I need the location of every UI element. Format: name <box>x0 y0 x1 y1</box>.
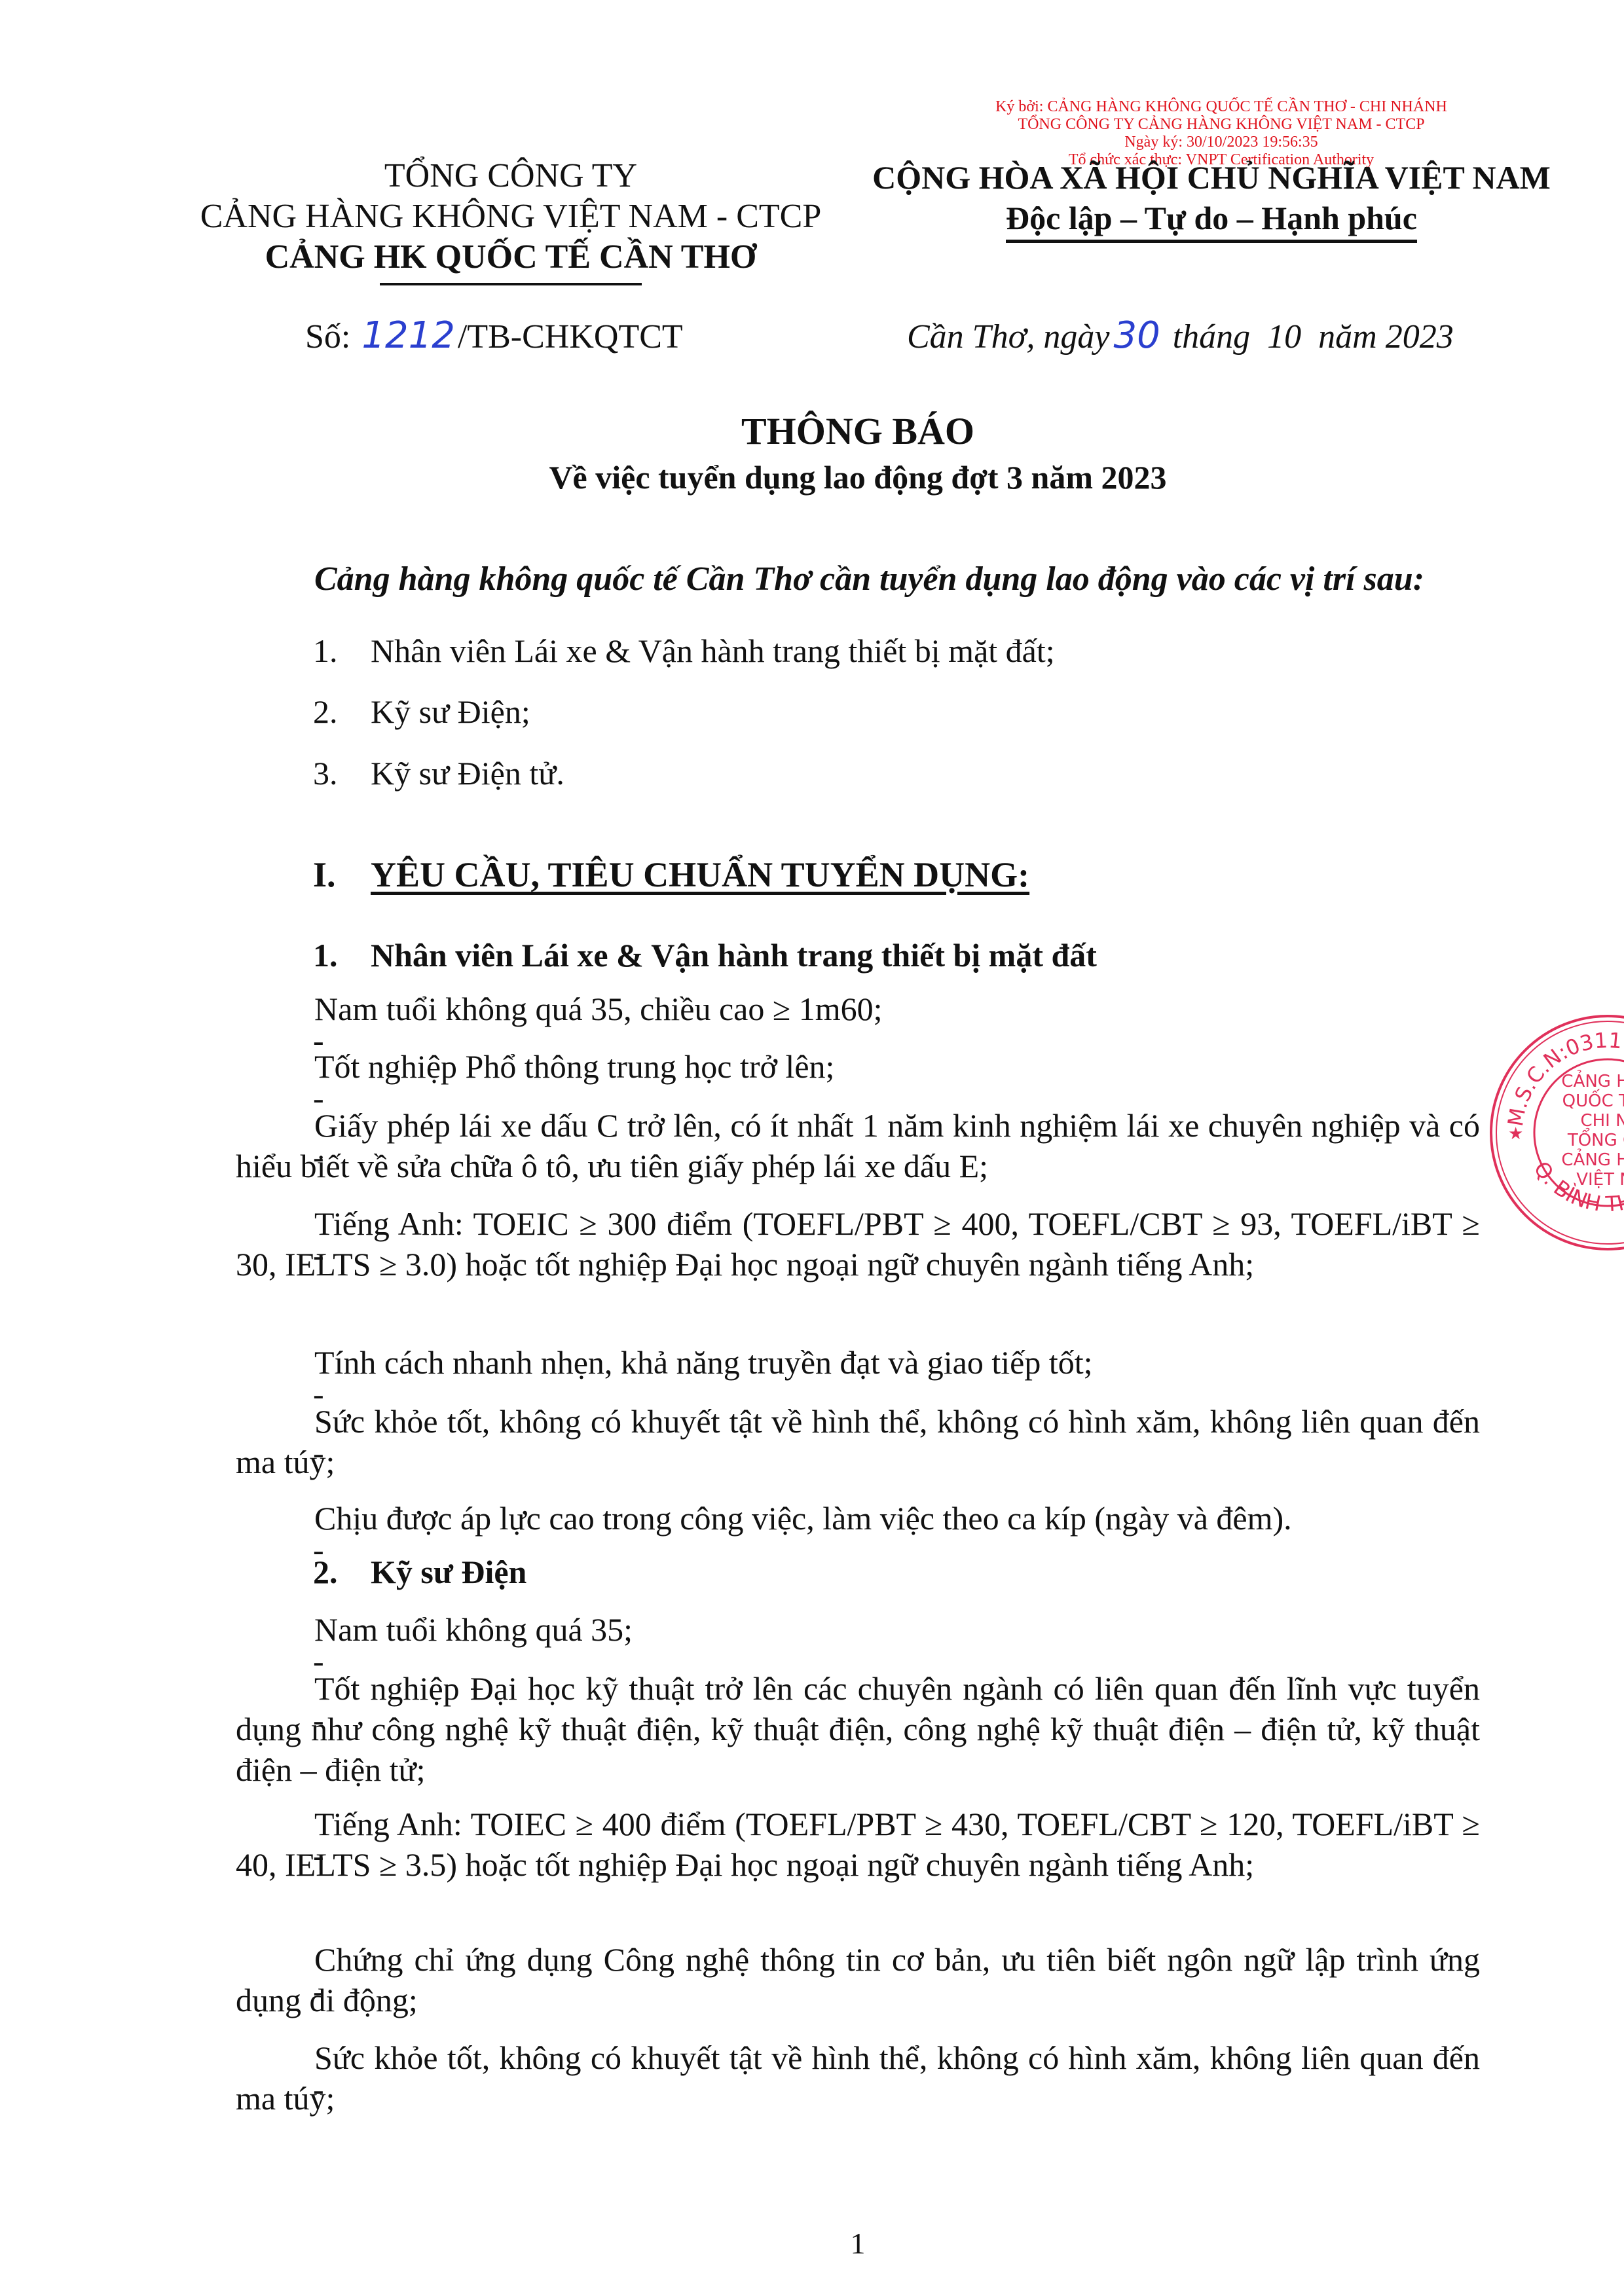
reference-prefix: Số: <box>305 318 350 355</box>
requirement-item: -Chịu được áp lực cao trong công việc, l… <box>236 1498 1480 1539</box>
requirement-item: -Nam tuổi không quá 35; <box>236 1609 1480 1650</box>
signature-date: Ngày ký: 30/10/2023 19:56:35 <box>936 134 1506 151</box>
date-place: Cần Thơ, ngày <box>907 318 1109 355</box>
reference-number: 1212 <box>361 314 455 357</box>
document-subtitle: Về việc tuyển dụng lao động đợt 3 năm 20… <box>0 458 1624 496</box>
issuer-name: CẢNG HK QUỐC TẾ CẦN THƠ <box>170 237 851 278</box>
requirement-item: -Sức khỏe tốt, không có khuyết tật về hì… <box>236 2037 1480 2119</box>
requirement-item: -Giấy phép lái xe dấu C trở lên, có ít n… <box>236 1105 1480 1186</box>
requirement-item: -Tốt nghiệp Đại học kỹ thuật trở lên các… <box>236 1668 1480 1790</box>
national-header: CỘNG HÒA XÃ HỘI CHỦ NGHĨA VIỆT NAM Độc l… <box>851 157 1572 243</box>
subsection-heading: 1.Nhân viên Lái xe & Vận hành trang thiế… <box>313 936 1097 974</box>
reference-suffix: /TB-CHKQTCT <box>458 318 683 355</box>
signature-signed-by-2: TỔNG CÔNG TY CẢNG HÀNG KHÔNG VIỆT NAM - … <box>936 116 1506 134</box>
svg-text:VIỆT N: VIỆT N <box>1576 1169 1624 1190</box>
company-seal-icon: M.S.C.N:0311638 Q. BÌNH THỦY ★ CẢNG HÀ Q… <box>1483 1008 1624 1257</box>
svg-text:CẢNG HÀ: CẢNG HÀ <box>1561 1069 1624 1091</box>
position-item: 3.Kỹ sư Điện tử. <box>313 754 564 792</box>
document-date: Cần Thơ, ngày30 tháng 10 năm 2023 <box>907 314 1454 357</box>
svg-text:★: ★ <box>1508 1124 1523 1144</box>
svg-text:QUỐC TẾ: QUỐC TẾ <box>1562 1088 1624 1111</box>
date-month-year: tháng 10 năm 2023 <box>1173 318 1454 355</box>
svg-text:CẢNG HÀ: CẢNG HÀ <box>1561 1148 1624 1170</box>
intro-text: Cảng hàng không quốc tế Cần Thơ cần tuyể… <box>314 560 1424 598</box>
requirement-item: -Tiếng Anh: TOEIC ≥ 300 điểm (TOEFL/PBT … <box>236 1203 1480 1285</box>
issuer-header: TỔNG CÔNG TY CẢNG HÀNG KHÔNG VIỆT NAM - … <box>170 156 851 285</box>
position-item: 1.Nhân viên Lái xe & Vận hành trang thiế… <box>313 632 1055 670</box>
document-reference: Số: 1212/TB-CHKQTCT <box>305 314 683 357</box>
national-motto: Độc lập – Tự do – Hạnh phúc <box>1006 198 1417 243</box>
date-day: 30 <box>1113 314 1160 357</box>
position-item: 2.Kỹ sư Điện; <box>313 693 530 731</box>
header-divider <box>380 283 642 285</box>
requirement-item: -Tốt nghiệp Phổ thông trung học trở lên; <box>236 1046 1480 1087</box>
document-title: THÔNG BÁO <box>0 409 1624 453</box>
requirement-item: -Tính cách nhanh nhẹn, khả năng truyền đ… <box>236 1342 1480 1383</box>
requirement-item: -Tiếng Anh: TOIEC ≥ 400 điểm (TOEFL/PBT … <box>236 1804 1480 1885</box>
requirement-item: -Chứng chỉ ứng dụng Công nghệ thông tin … <box>236 1939 1480 2020</box>
svg-text:CHI N: CHI N <box>1580 1111 1624 1131</box>
issuer-parent-full: CẢNG HÀNG KHÔNG VIỆT NAM - CTCP <box>170 196 851 237</box>
requirement-item: -Sức khỏe tốt, không có khuyết tật về hì… <box>236 1401 1480 1482</box>
requirement-item: -Nam tuổi không quá 35, chiều cao ≥ 1m60… <box>236 989 1480 1029</box>
issuer-parent: TỔNG CÔNG TY <box>170 156 851 196</box>
subsection-heading: 2.Kỹ sư Điện <box>313 1553 526 1591</box>
page-number: 1 <box>0 2226 1624 2261</box>
svg-text:TỔNG C: TỔNG C <box>1567 1127 1624 1150</box>
national-title: CỘNG HÒA XÃ HỘI CHỦ NGHĨA VIỆT NAM <box>851 157 1572 198</box>
section-heading: I.YÊU CẦU, TIÊU CHUẨN TUYỂN DỤNG: <box>313 854 1029 895</box>
signature-signed-by: Ký bởi: CẢNG HÀNG KHÔNG QUỐC TẾ CẦN THƠ … <box>936 98 1506 116</box>
